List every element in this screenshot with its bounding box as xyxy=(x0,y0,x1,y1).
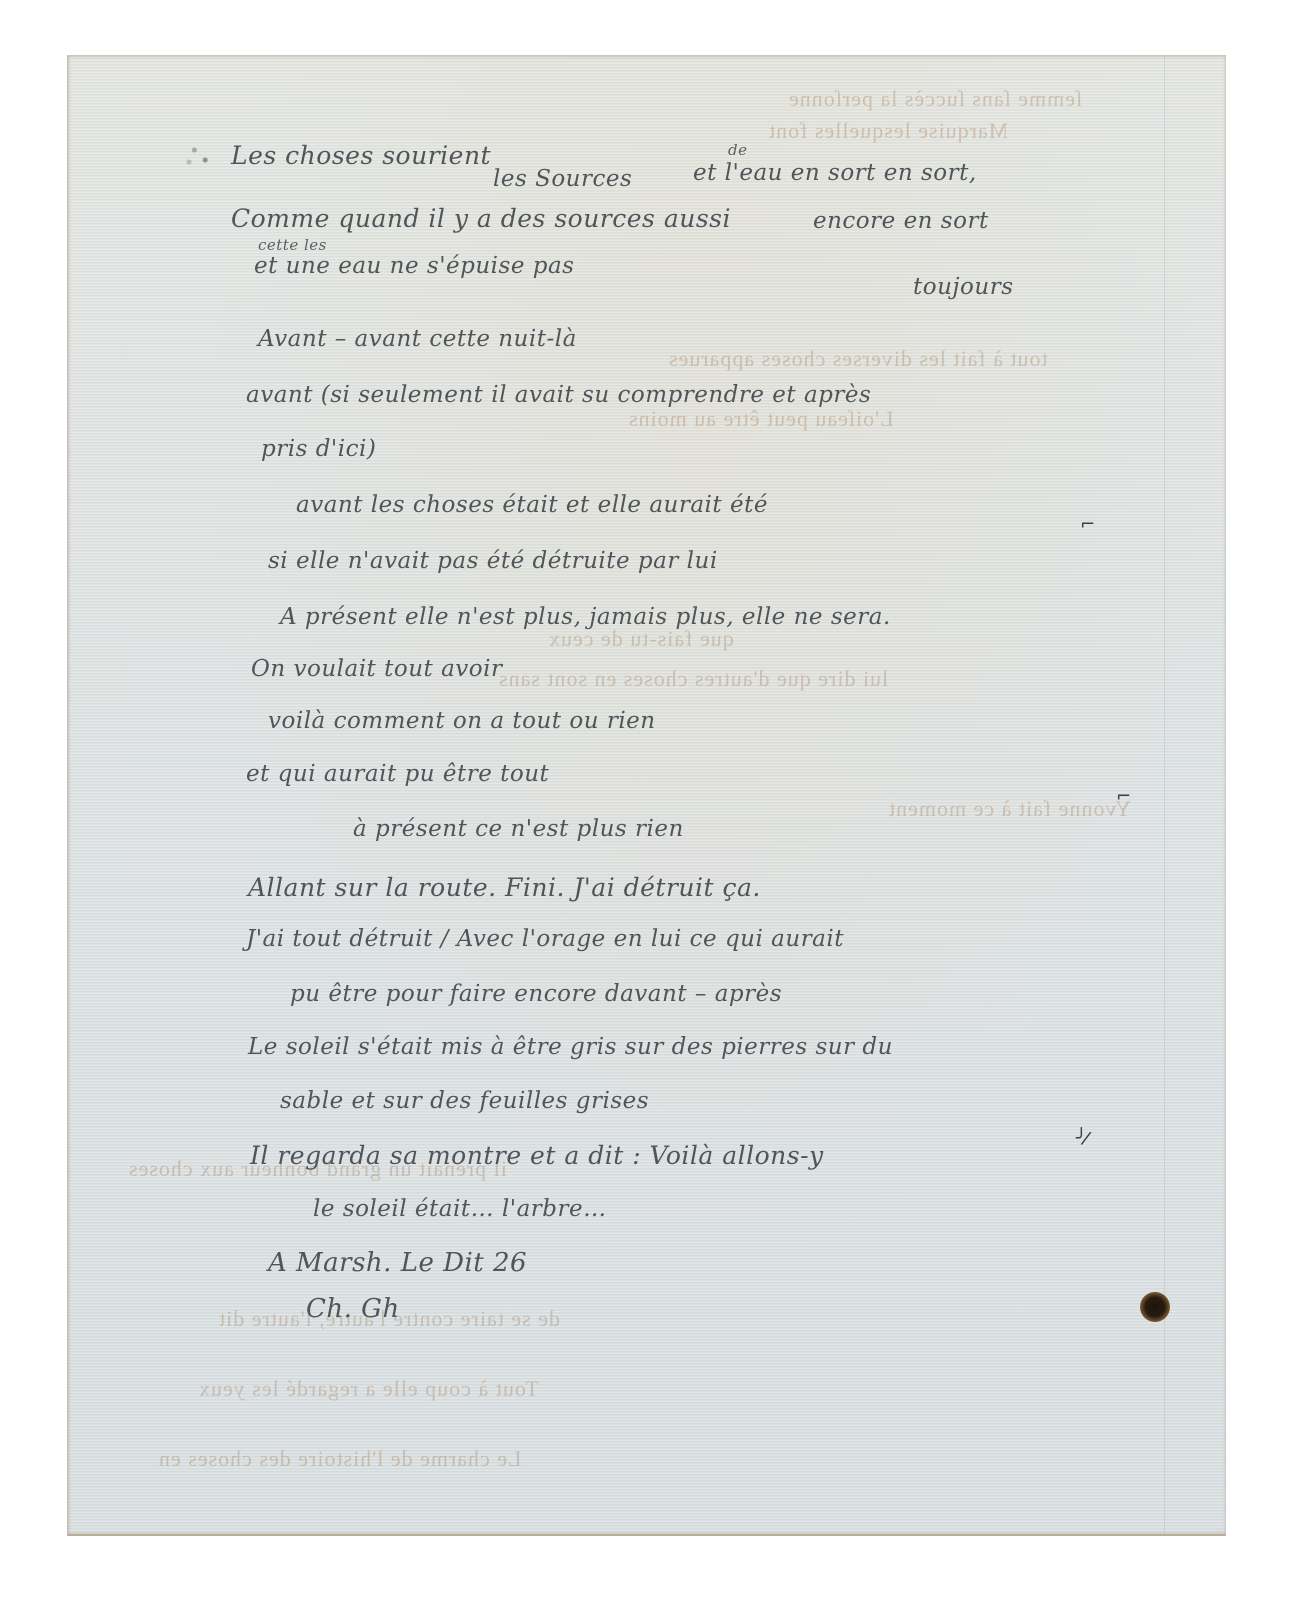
manuscript-line: A présent elle n'est plus, jamais plus, … xyxy=(280,604,891,630)
manuscript-page: ſemme ſans ſuccès la perſonne Marquise l… xyxy=(67,55,1226,1536)
collector-stamp-mark xyxy=(180,134,216,174)
manuscript-signature-line: Ch. Gh xyxy=(306,1294,400,1324)
manuscript-line: avant les choses était et elle aurait ét… xyxy=(296,492,768,518)
manuscript-line: toujours xyxy=(913,274,1014,300)
margin-tick-mark: ⌐ xyxy=(1080,514,1095,535)
interlinear-insertion: de xyxy=(728,141,747,159)
bleed-through-text: Marquise lesquelles font xyxy=(768,118,1008,144)
manuscript-line: et qui aurait pu être tout xyxy=(246,761,549,787)
manuscript-line: les Sources xyxy=(493,166,632,192)
interlinear-insertion: cette les xyxy=(258,236,327,254)
manuscript-line: à présent ce n'est plus rien xyxy=(353,816,684,842)
bleed-through-text: tout à fait les diverses choses apparues xyxy=(668,346,1048,372)
manuscript-line: et une eau ne s'épuise pas xyxy=(254,253,575,279)
manuscript-line: pris d'ici) xyxy=(261,436,376,462)
manuscript-line: sable et sur des feuilles grises xyxy=(280,1088,649,1114)
manuscript-line: si elle n'avait pas été détruite par lui xyxy=(268,548,718,574)
manuscript-line: Le soleil s'était mis à être gris sur de… xyxy=(248,1034,893,1060)
manuscript-signature-line: A Marsh. Le Dit 26 xyxy=(268,1248,527,1278)
bleed-through-text: Yvonne fait à ce moment xyxy=(888,796,1131,822)
manuscript-line: Il regarda sa montre et a dit : Voilà al… xyxy=(250,1141,824,1170)
manuscript-line: J'ai tout détruit / Avec l'orage en lui … xyxy=(246,926,844,952)
manuscript-line: encore en sort xyxy=(813,208,989,234)
manuscript-line: Les choses sourient xyxy=(231,141,491,170)
bleed-through-text: Tout à coup elle a regardé les yeux xyxy=(198,1376,539,1402)
bleed-through-text: ſemme ſans ſuccès la perſonne xyxy=(788,86,1082,112)
margin-tick-mark: ⌐ xyxy=(1116,786,1131,807)
manuscript-line: Allant sur la route. Fini. J'ai détruit … xyxy=(248,873,761,902)
manuscript-line: voilà comment on a tout ou rien xyxy=(268,708,656,734)
manuscript-line: avant (si seulement il avait su comprend… xyxy=(246,382,871,408)
manuscript-line: Comme quand il y a des sources aussi xyxy=(231,204,731,233)
manuscript-line: On voulait tout avoir xyxy=(251,656,502,682)
bleed-through-text: L'oiſeau peut être au moins xyxy=(628,406,894,432)
manuscript-line: Avant – avant cette nuit-là xyxy=(258,326,577,352)
manuscript-line: et l'eau en sort en sort, xyxy=(693,160,977,186)
manuscript-line: le soleil était… l'arbre… xyxy=(313,1196,607,1222)
manuscript-line: pu être pour faire encore davant – après xyxy=(290,981,782,1007)
bleed-through-text: lui dire que d'autres choses en sont san… xyxy=(498,666,888,692)
burn-hole-mark xyxy=(1140,1292,1170,1322)
bleed-through-text: Le charme de l'histoire des choses en xyxy=(158,1446,522,1472)
